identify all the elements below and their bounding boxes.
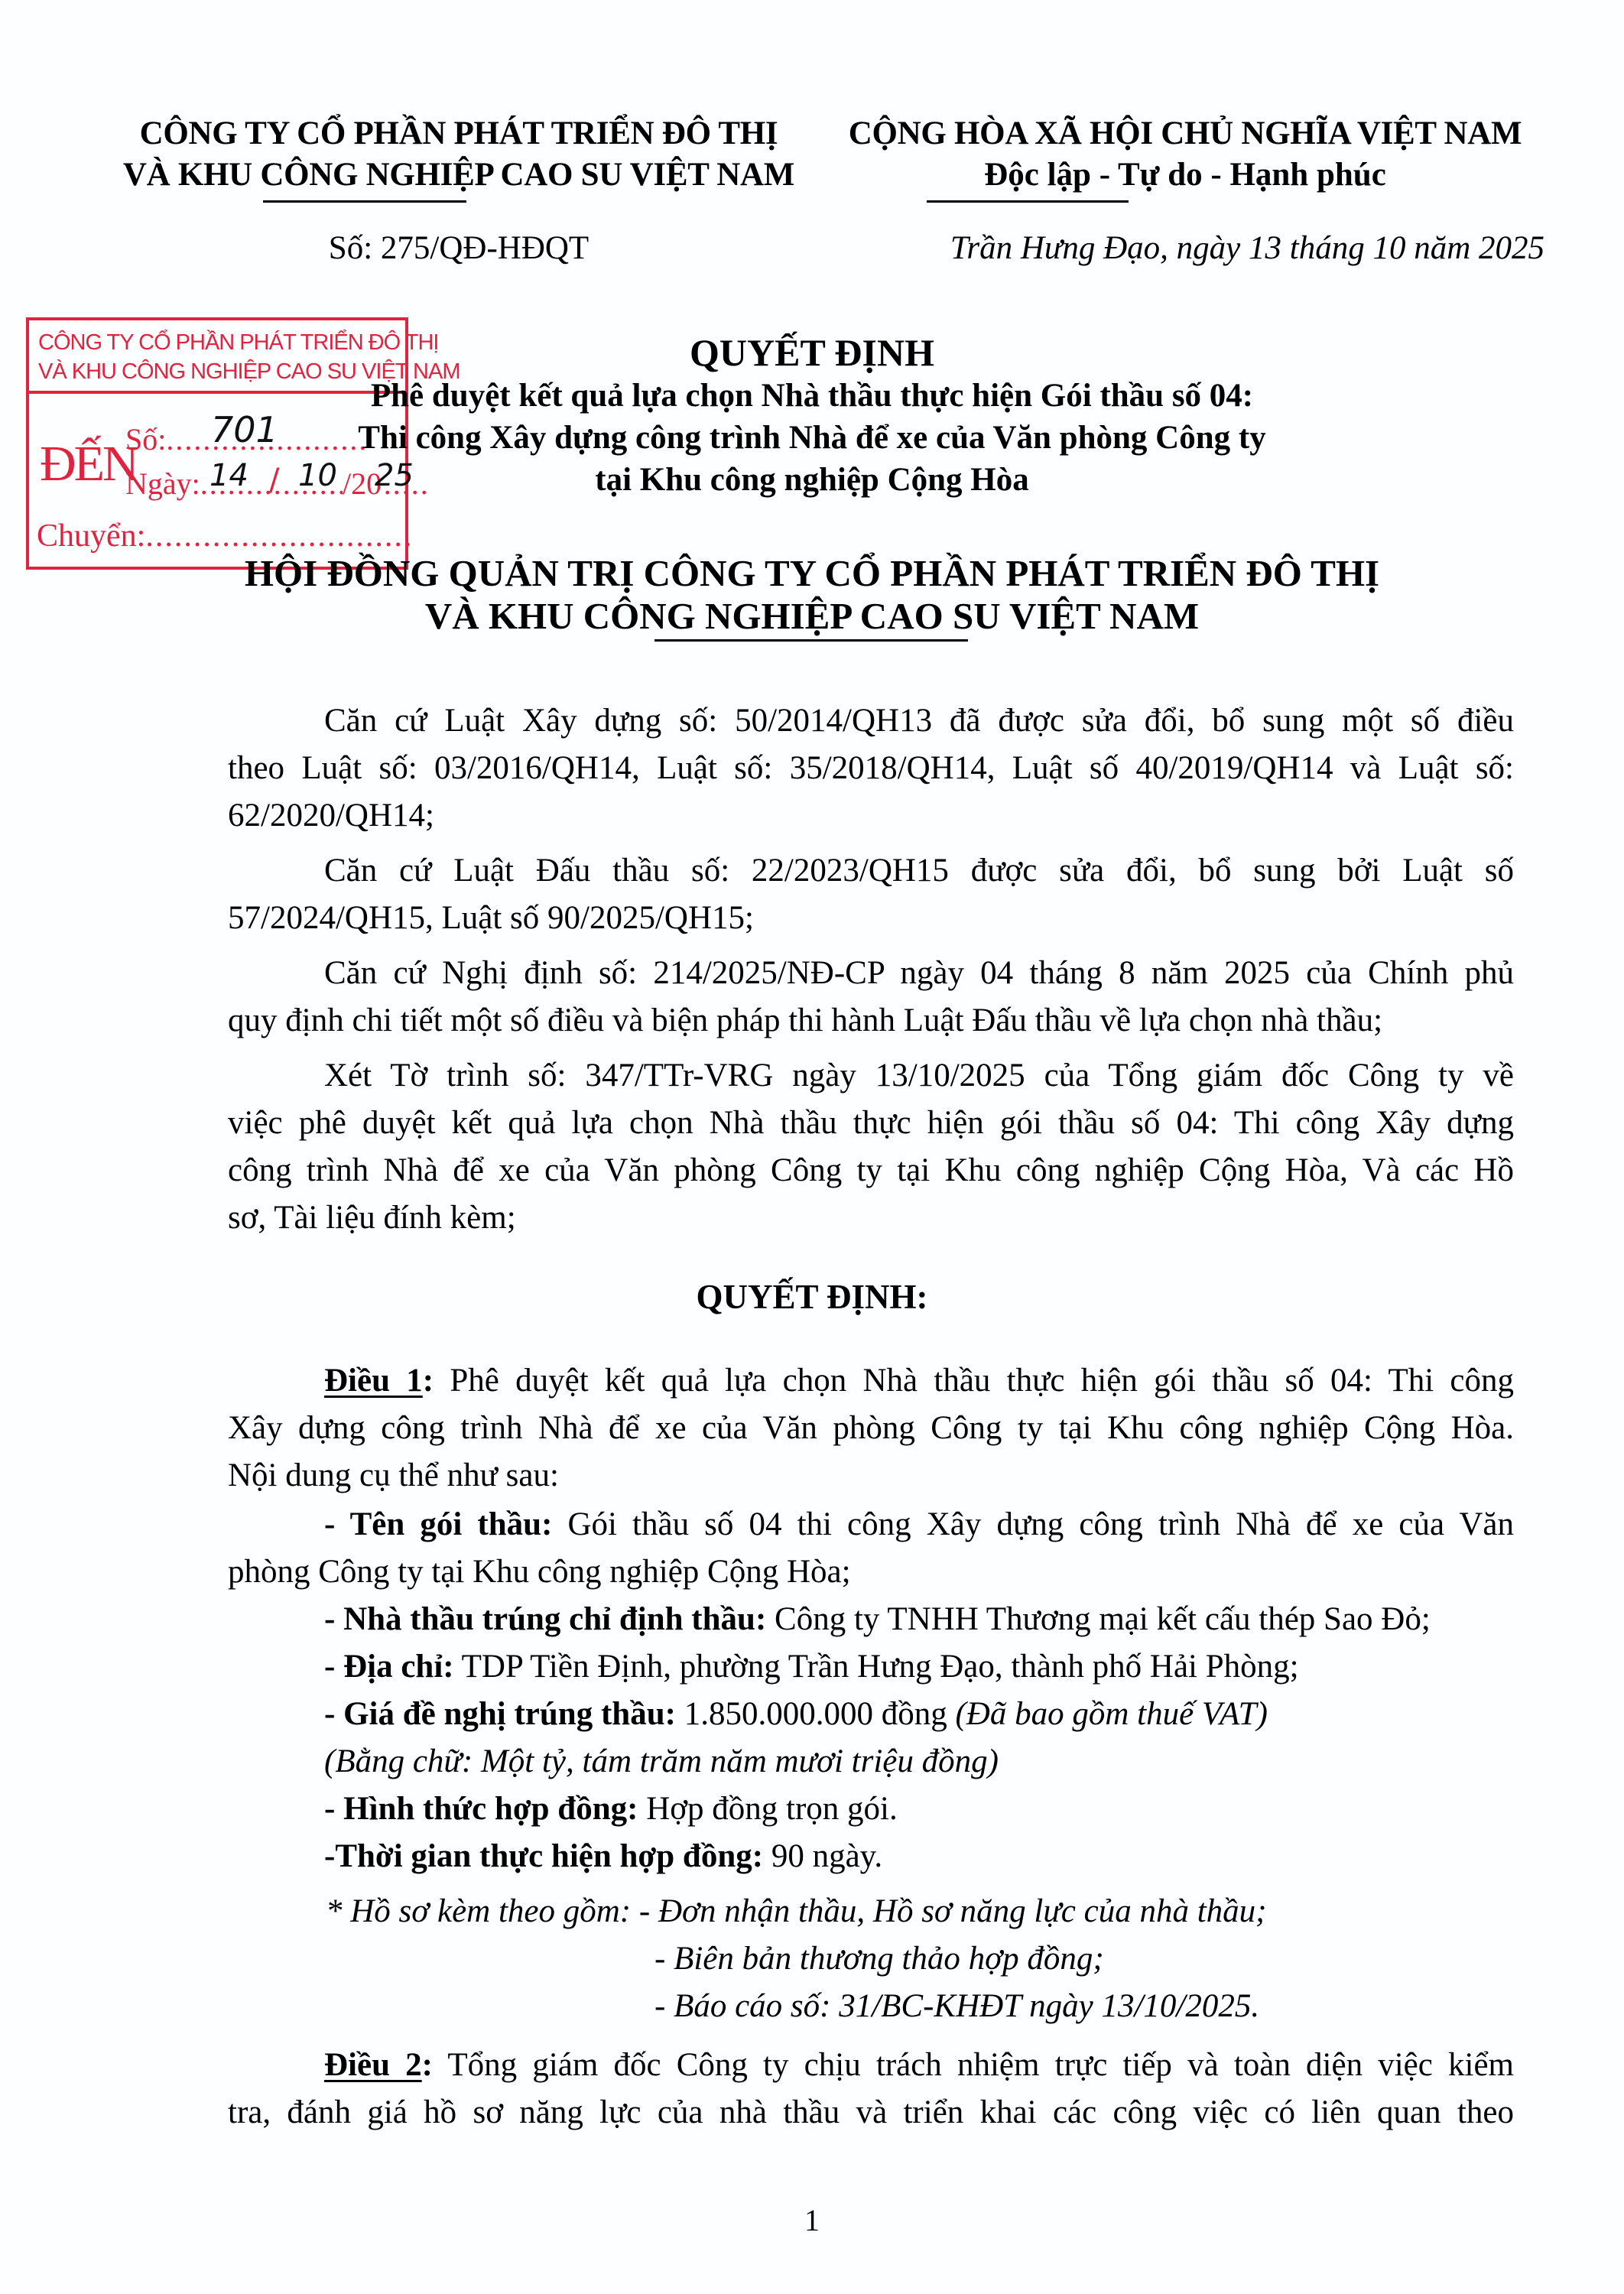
org-name-line2: VÀ KHU CÔNG NGHIỆP CAO SU VIỆT NAM bbox=[84, 154, 833, 196]
attachments-label: * Hồ sơ kèm theo gồm: bbox=[326, 1893, 631, 1929]
preamble-line: 62/2020/QH14; bbox=[228, 792, 1514, 840]
item-package-name: - Tên gói thầu: Gói thầu số 04 thi công … bbox=[228, 1501, 1514, 1548]
board-name-line1: HỘI ĐỒNG QUẢN TRỊ CÔNG TY CỔ PHẦN PHÁT T… bbox=[0, 552, 1624, 595]
page-number: 1 bbox=[0, 2202, 1624, 2238]
article-1: Điều 1: Phê duyệt kết quả lựa chọn Nhà t… bbox=[228, 1357, 1514, 1500]
preamble-bidding-law: Căn cứ Luật Đấu thầu số: 22/2023/QH15 đư… bbox=[228, 847, 1514, 942]
item-price-in-words: (Bằng chữ: Một tỷ, tám trăm năm mươi tri… bbox=[228, 1738, 1514, 1785]
organization-header: CÔNG TY CỔ PHẦN PHÁT TRIỂN ĐÔ THỊ VÀ KHU… bbox=[84, 113, 833, 196]
preamble-line: việc phê duyệt kết quả lựa chọn Nhà thầu… bbox=[228, 1100, 1514, 1147]
article-2-label: Điều 2 bbox=[324, 2047, 422, 2083]
article-1-text: Phê duyệt kết quả lựa chọn Nhà thầu thực… bbox=[450, 1363, 1514, 1399]
item-price: - Giá đề nghị trúng thầu: 1.850.000.000 … bbox=[228, 1691, 1514, 1738]
decision-title: QUYẾT ĐỊNH bbox=[0, 330, 1624, 375]
attachment-item: - Đơn nhận thầu, Hồ sơ năng lực của nhà … bbox=[639, 1893, 1267, 1929]
preamble-line: sơ, Tài liệu đính kèm; bbox=[228, 1194, 1514, 1242]
article-2: Điều 2: Tổng giám đốc Công ty chịu trách… bbox=[228, 2042, 1514, 2136]
stamp-chuyen-label: Chuyển: bbox=[37, 518, 145, 554]
item-value: TDP Tiền Định, phường Trần Hưng Đạo, thà… bbox=[454, 1649, 1299, 1685]
article-2-line2: tra, đánh giá hồ sơ năng lực của nhà thầ… bbox=[228, 2089, 1514, 2136]
preamble-line: theo Luật số: 03/2016/QH14, Luật số: 35/… bbox=[228, 745, 1514, 792]
national-motto: Độc lập - Tự do - Hạnh phúc bbox=[810, 154, 1560, 196]
item-label: - Nhà thầu trúng chỉ định thầu: bbox=[324, 1601, 766, 1637]
item-contract-type: - Hình thức hợp đồng: Hợp đồng trọn gói. bbox=[228, 1785, 1514, 1833]
item-address: - Địa chỉ: TDP Tiền Định, phường Trần Hư… bbox=[228, 1643, 1514, 1691]
motto-underline bbox=[927, 200, 1129, 203]
decision-subtitle-line1: Phê duyệt kết quả lựa chọn Nhà thầu thực… bbox=[0, 375, 1624, 417]
item-label: - Hình thức hợp đồng: bbox=[324, 1791, 638, 1827]
article-1-line3: Nội dung cụ thể như sau: bbox=[228, 1452, 1514, 1500]
decision-heading: QUYẾT ĐỊNH: bbox=[0, 1277, 1624, 1317]
preamble-line: Căn cứ Luật Đấu thầu số: 22/2023/QH15 đư… bbox=[228, 847, 1514, 895]
item-value: Gói thầu số 04 thi công Xây dựng công tr… bbox=[552, 1506, 1514, 1542]
preamble-line: Căn cứ Nghị định số: 214/2025/NĐ-CP ngày… bbox=[228, 950, 1514, 997]
preamble-line: quy định chi tiết một số điều và biện ph… bbox=[228, 997, 1514, 1045]
item-duration: -Thời gian thực hiện hợp đồng: 90 ngày. bbox=[228, 1833, 1514, 1880]
preamble-line: Xét Tờ trình số: 347/TTr-VRG ngày 13/10/… bbox=[228, 1052, 1514, 1100]
article-2-text: Tổng giám đốc Công ty chịu trách nhiệm t… bbox=[447, 2047, 1514, 2083]
place-and-date: Trần Hưng Đạo, ngày 13 tháng 10 năm 2025 bbox=[810, 229, 1544, 267]
board-underline bbox=[654, 639, 968, 642]
board-name-line2: VÀ KHU CÔNG NGHIỆP CAO SU VIỆT NAM bbox=[0, 595, 1624, 638]
article-2-colon: : bbox=[422, 2047, 433, 2083]
item-contractor: - Nhà thầu trúng chỉ định thầu: Công ty … bbox=[228, 1596, 1514, 1643]
item-value: 90 ngày. bbox=[763, 1838, 882, 1874]
item-label: - Giá đề nghị trúng thầu: bbox=[324, 1696, 676, 1732]
article-1-label: Điều 1 bbox=[324, 1363, 423, 1399]
item-package-name-cont: phòng Công ty tại Khu công nghiệp Cộng H… bbox=[228, 1548, 1514, 1596]
preamble: Căn cứ Luật Xây dựng số: 50/2014/QH13 đã… bbox=[228, 697, 1514, 1242]
attachment-item: - Báo cáo số: 31/BC-KHĐT ngày 13/10/2025… bbox=[654, 1987, 1259, 2025]
org-name-line1: CÔNG TY CỔ PHẦN PHÁT TRIỂN ĐÔ THỊ bbox=[84, 113, 833, 154]
attachment-item: - Biên bản thương thảo hợp đồng; bbox=[654, 1940, 1104, 1977]
item-value: Hợp đồng trọn gói. bbox=[638, 1791, 897, 1827]
item-label: -Thời gian thực hiện hợp đồng: bbox=[324, 1838, 763, 1874]
article-1-line1: Điều 1: Phê duyệt kết quả lựa chọn Nhà t… bbox=[228, 1357, 1514, 1405]
item-label: - Tên gói thầu: bbox=[324, 1506, 552, 1542]
stamp-chuyen-dots: ............................ bbox=[145, 518, 413, 554]
org-underline bbox=[263, 200, 466, 203]
document-number: Số: 275/QĐ-HĐQT bbox=[84, 229, 833, 267]
article-1-colon: : bbox=[423, 1363, 434, 1399]
preamble-decree: Căn cứ Nghị định số: 214/2025/NĐ-CP ngày… bbox=[228, 950, 1514, 1045]
preamble-line: công trình Nhà để xe của Văn phòng Công … bbox=[228, 1147, 1514, 1194]
document-page: CÔNG TY CỔ PHẦN PHÁT TRIỂN ĐÔ THỊ VÀ KHU… bbox=[0, 0, 1624, 2294]
preamble-line: 57/2024/QH15, Luật số 90/2025/QH15; bbox=[228, 895, 1514, 942]
stamp-chuyen-row: Chuyển:............................ bbox=[37, 518, 413, 554]
preamble-submission: Xét Tờ trình số: 347/TTr-VRG ngày 13/10/… bbox=[228, 1052, 1514, 1242]
nation-name: CỘNG HÒA XÃ HỘI CHỦ NGHĨA VIỆT NAM bbox=[810, 113, 1560, 154]
preamble-construction-law: Căn cứ Luật Xây dựng số: 50/2014/QH13 đã… bbox=[228, 697, 1514, 840]
decision-subtitle-line3: tại Khu công nghiệp Cộng Hòa bbox=[0, 459, 1624, 501]
item-label: - Địa chỉ: bbox=[324, 1649, 454, 1685]
decision-subtitle-line2: Thi công Xây dựng công trình Nhà để xe c… bbox=[0, 417, 1624, 459]
attachments-row1: * Hồ sơ kèm theo gồm: - Đơn nhận thầu, H… bbox=[326, 1893, 1266, 1930]
article-1-line2: Xây dựng công trình Nhà để xe của Văn ph… bbox=[228, 1405, 1514, 1452]
preamble-line: Căn cứ Luật Xây dựng số: 50/2014/QH13 đã… bbox=[228, 697, 1514, 745]
national-header: CỘNG HÒA XÃ HỘI CHỦ NGHĨA VIỆT NAM Độc l… bbox=[810, 113, 1560, 196]
item-note: (Đã bao gồm thuế VAT) bbox=[955, 1696, 1267, 1732]
item-value: 1.850.000.000 đồng bbox=[676, 1696, 956, 1732]
item-value: Công ty TNHH Thương mại kết cấu thép Sao… bbox=[766, 1601, 1431, 1637]
article-2-line1: Điều 2: Tổng giám đốc Công ty chịu trách… bbox=[228, 2042, 1514, 2089]
article-1-items: - Tên gói thầu: Gói thầu số 04 thi công … bbox=[228, 1501, 1514, 1880]
